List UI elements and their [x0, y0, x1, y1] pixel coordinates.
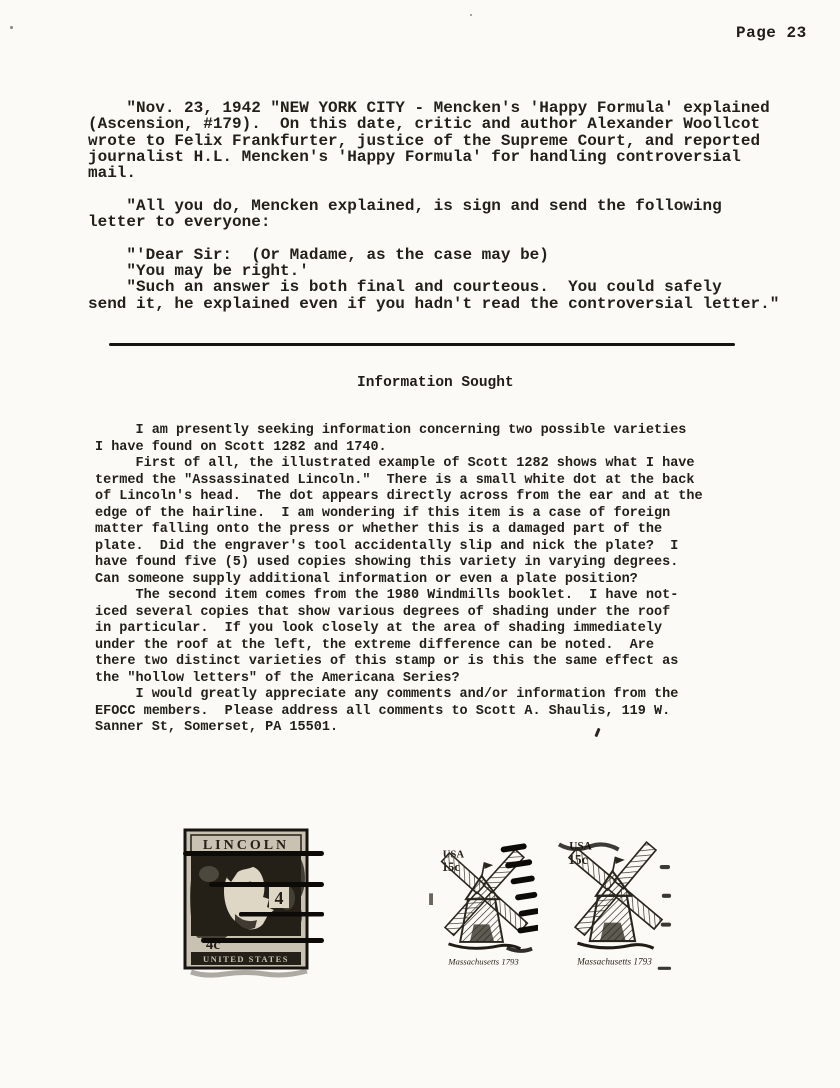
windmill-stamp-left-image: USA 15c Massachusetts 1793 [429, 837, 538, 973]
windmill-country-label: USA [443, 848, 465, 860]
windmill-roof [466, 876, 499, 899]
windmill-stamp-right-image: USA 15c Massachusetts 1793 [555, 830, 674, 974]
lincoln-stamp-numeral: 4 [275, 888, 284, 908]
lincoln-stamp-image: LINCOLN 4 4c UNITED STATES [183, 826, 324, 979]
windmill-caption: Massachusetts 1793 [447, 956, 519, 966]
section-heading: Information Sought [357, 375, 514, 391]
windmill-sails [442, 849, 528, 935]
section-divider-rule [109, 343, 735, 346]
page-number: Page 23 [736, 24, 807, 42]
windmill-sails [569, 842, 662, 935]
cancellation-squiggle [559, 844, 619, 849]
windmill-denomination-label: 15c [442, 860, 461, 874]
information-sought-section: I am presently seeking information conce… [95, 423, 703, 737]
windmill-country-label: USA [569, 841, 592, 853]
lincoln-stamp-country: UNITED STATES [203, 954, 289, 964]
lincoln-portrait [224, 865, 274, 929]
cancellation-dashes [658, 865, 671, 970]
windmill-body [590, 896, 635, 941]
cancellation-bars [183, 851, 324, 943]
scanned-document-page: Page 23 "Nov. 23, 1942 "NEW YORK CITY - … [0, 0, 840, 1088]
cancellation-dashes [500, 843, 538, 935]
windmill-denomination-label: 15c [568, 852, 587, 867]
paragraph-mencken-instruction: "All you do, Mencken explained, is sign … [88, 198, 779, 231]
information-sought-body: I am presently seeking information conce… [95, 423, 703, 737]
stamp-mottle [190, 854, 305, 941]
lincoln-stamp-title: LINCOLN [203, 838, 289, 853]
paragraph-mencken-letter: "'Dear Sir: (Or Madame, as the case may … [88, 247, 779, 312]
scan-speck [10, 26, 13, 29]
lincoln-stamp-denomination: 4c [206, 937, 221, 953]
scan-speck [470, 14, 472, 16]
paragraph-mencken-intro: "Nov. 23, 1942 "NEW YORK CITY - Mencken'… [88, 100, 779, 181]
windmill-roof [596, 871, 631, 896]
cancellation-ghost-mark [191, 971, 307, 975]
windmill-body [460, 899, 503, 942]
mencken-note-section: "Nov. 23, 1942 "NEW YORK CITY - Mencken'… [88, 100, 779, 328]
windmill-caption: Massachusetts 1793 [576, 958, 652, 968]
